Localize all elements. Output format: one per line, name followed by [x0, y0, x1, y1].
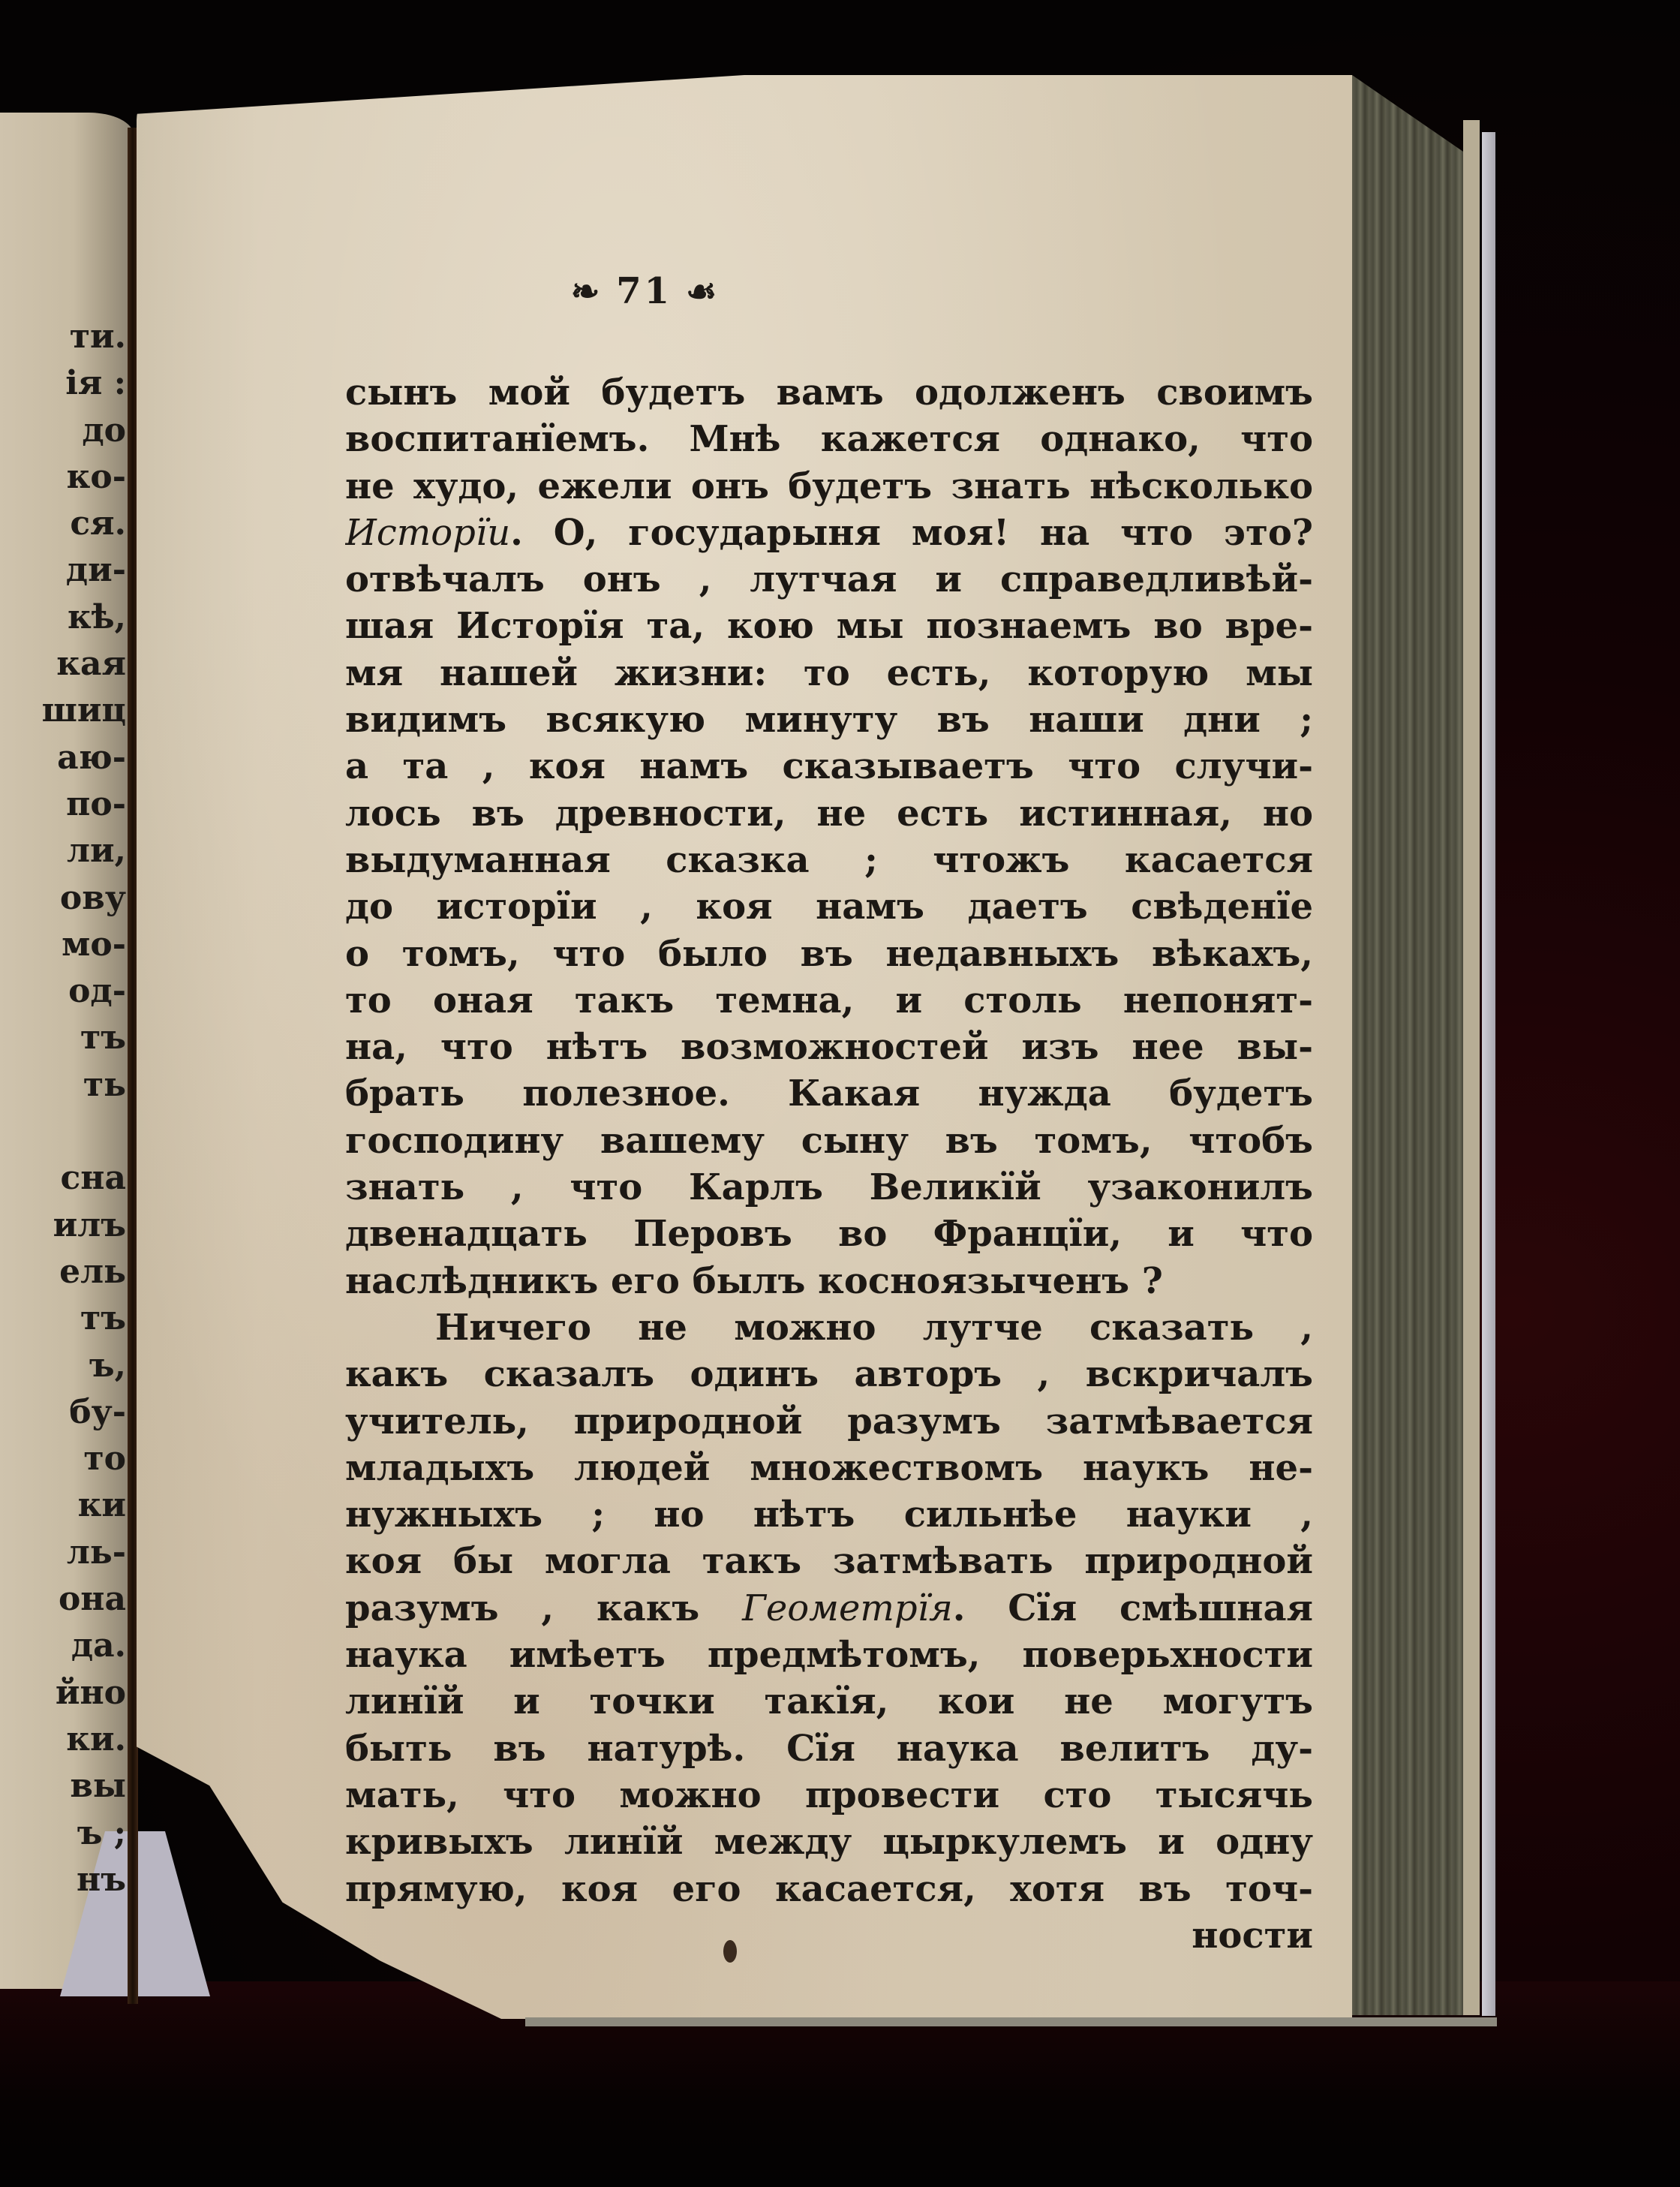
book-page-71: ❧71☙ сынъ мой будетъ вамъ одолженъ своим… [137, 75, 1352, 2019]
facing-page-line-fragment: ель [0, 1249, 126, 1295]
facing-page-line-fragment: ль- [0, 1530, 126, 1576]
book-gutter [128, 128, 138, 2004]
facing-page-line-fragment: вы [0, 1763, 126, 1809]
text-line: прямую, коя его касается, хотя въ точ- [345, 1866, 1313, 1912]
text-line: младыхъ людей множествомъ наукъ не- [345, 1445, 1313, 1491]
facing-page-line-fragment: бу- [0, 1389, 126, 1436]
text-line: брать полезное. Какая нужда будетъ [345, 1070, 1313, 1117]
facing-page-line-fragment: ову [0, 875, 126, 922]
page-block-fore-edge [1352, 75, 1465, 2015]
catchword: ности [345, 1912, 1313, 1959]
text-line: нужныхъ ; но нѣтъ сильнѣе науки , [345, 1491, 1313, 1538]
text-line: быть въ натурѣ. Сїя наука велитъ ду- [345, 1725, 1313, 1772]
text-line: Ничего не можно лутче сказать , [345, 1304, 1313, 1351]
text-line: кривыхъ линїй между цыркулемъ и одну [345, 1818, 1313, 1865]
text-line: о томъ, что было въ недавныхъ вѣкахъ, [345, 931, 1313, 977]
text-line: линїй и точки такїя, кои не могутъ [345, 1678, 1313, 1725]
facing-page-line-fragment: кая [0, 641, 126, 687]
text-line: двенадцать Перовъ во Францїи, и что [345, 1211, 1313, 1257]
facing-page-line-fragment: илъ [0, 1202, 126, 1249]
facing-page-line-fragment: кѣ, [0, 594, 126, 641]
facing-page-line-fragment: да. [0, 1623, 126, 1669]
text-line: шая Исторїя та, кою мы познаемъ во вре- [345, 603, 1313, 649]
facing-page-line-fragment: йно [0, 1670, 126, 1716]
text-line: наука имѣетъ предмѣтомъ, поверьхности [345, 1632, 1313, 1678]
text-line: отвѣчалъ онъ , лутчая и справедливѣй- [345, 556, 1313, 603]
ink-blot [723, 1940, 737, 1963]
facing-page-line-fragment: по- [0, 781, 126, 828]
text-line: какъ сказалъ одинъ авторъ , вскричалъ [345, 1351, 1313, 1397]
facing-page-line-fragment: до [0, 408, 126, 454]
running-header: ❧71☙ [495, 270, 795, 312]
page-edge-rim [1463, 120, 1480, 2015]
facing-page-line-fragment: тъ [0, 1015, 126, 1061]
facing-page-line-fragment: ся. [0, 501, 126, 547]
facing-page-line-fragment: сна [0, 1155, 126, 1202]
facing-page-line-fragment: мо- [0, 922, 126, 968]
facing-page-line-fragment: ки. [0, 1716, 126, 1763]
facing-page-line-fragment: ли, [0, 828, 126, 874]
text-line: лось въ древности, не есть истинная, но [345, 790, 1313, 837]
facing-page-line-fragment: ть [0, 1062, 126, 1109]
facing-page-line-fragment: тъ [0, 1295, 126, 1342]
page-bottom-edge [525, 2017, 1497, 2026]
text-line: коя бы могла такъ затмѣвать природной [345, 1538, 1313, 1584]
text-line: а та , коя намъ сказываетъ что случи- [345, 743, 1313, 790]
text-line: мя нашей жизни: то есть, которую мы [345, 650, 1313, 696]
facing-page-text-fragments: ти.ія :доко-ся.ди-кѣ,каяшицаю-по-ли,овум… [0, 314, 126, 1903]
text-line: воспитанїемъ. Мнѣ кажется однако, что [345, 416, 1313, 462]
fleuron-right-icon: ☙ [686, 271, 720, 311]
text-line: мать, что можно провести сто тысячь [345, 1772, 1313, 1818]
text-line: видимъ всякую минуту въ наши дни ; [345, 696, 1313, 743]
facing-page-line-fragment: шиц [0, 687, 126, 734]
facing-page-line-fragment: ія : [0, 360, 126, 407]
text-line: на, что нѣтъ возможностей изъ нее вы- [345, 1024, 1313, 1070]
italic-term: Геометрїя [742, 1587, 953, 1629]
text-line: учитель, природной разумъ затмѣвается [345, 1398, 1313, 1445]
body-text: сынъ мой будетъ вамъ одолженъ своимъвосп… [345, 369, 1313, 1959]
book-cover-edge [1482, 132, 1495, 2016]
facing-page-line-fragment: ко- [0, 454, 126, 501]
facing-page-line-fragment: ди- [0, 547, 126, 594]
text-line: разумъ , какъ Геометрїя. Сїя смѣшная [345, 1585, 1313, 1632]
facing-page-line-fragment: ъ, [0, 1343, 126, 1389]
facing-page-line-fragment: она [0, 1576, 126, 1623]
facing-page-line-fragment: ъ ; [0, 1810, 126, 1857]
text-line: то оная такъ темна, и столь непонят- [345, 977, 1313, 1024]
text-line: господину вашему сыну въ томъ, чтобъ [345, 1118, 1313, 1164]
text-line: выдуманная сказка ; чтожъ касается [345, 837, 1313, 883]
italic-term: Исторїи [345, 512, 510, 554]
text-line: не худо, ежели онъ будетъ знать нѣскольк… [345, 463, 1313, 510]
facing-page-line-fragment: од- [0, 968, 126, 1015]
facing-page-line-fragment: то [0, 1436, 126, 1482]
fleuron-left-icon: ❧ [571, 271, 603, 311]
text-line: до исторїи , коя намъ даетъ свѣденїе [345, 883, 1313, 930]
text-line: знать , что Карлъ Великїй узаконилъ [345, 1164, 1313, 1211]
facing-page-line-fragment [0, 1109, 126, 1155]
page-number: 71 [616, 270, 672, 312]
facing-page-line-fragment: нъ [0, 1857, 126, 1903]
facing-page-line-fragment: ти. [0, 314, 126, 360]
text-line: наслѣдникъ его былъ косноязыченъ ? [345, 1258, 1313, 1304]
text-line: Исторїи. О, государыня моя! на что это? [345, 510, 1313, 556]
facing-page-line-fragment: аю- [0, 735, 126, 781]
facing-page-line-fragment: ки [0, 1482, 126, 1529]
text-line: сынъ мой будетъ вамъ одолженъ своимъ [345, 369, 1313, 416]
